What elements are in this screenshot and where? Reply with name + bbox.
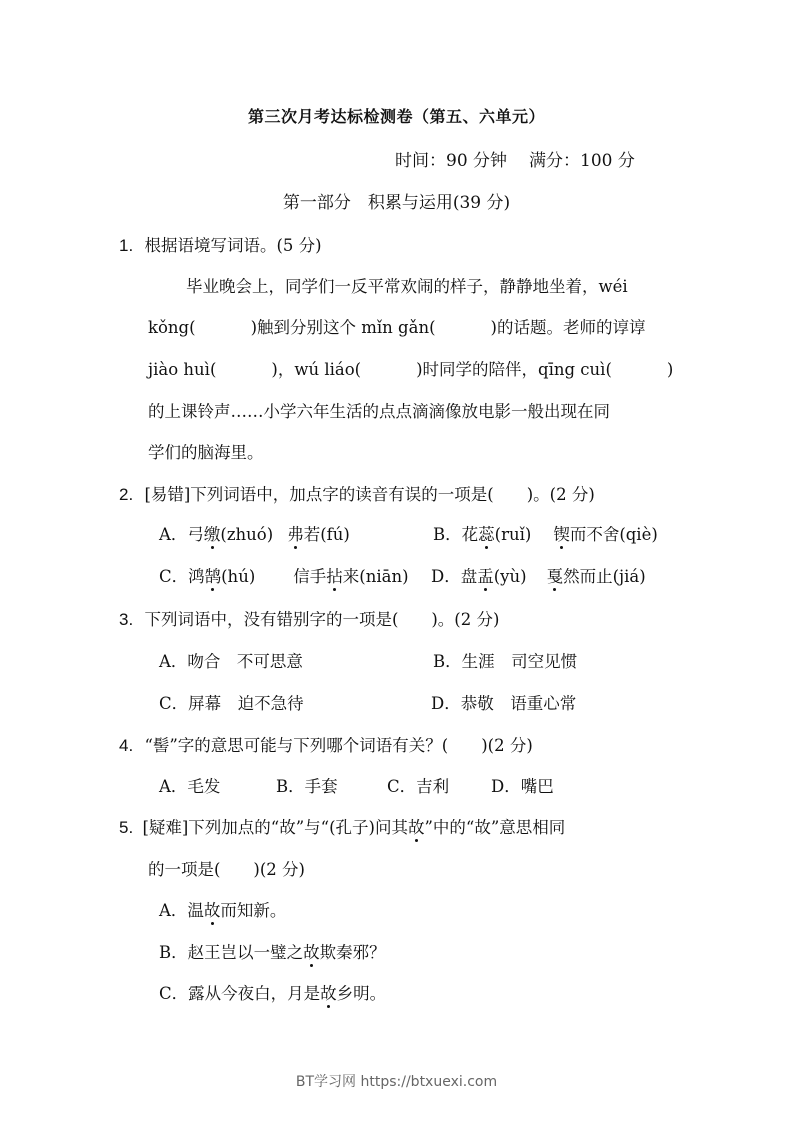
exam-title: 第三次月考达标检测卷（第五、六单元）: [0, 104, 793, 127]
question-2-stem: 2. [易错]下列词语中，加点字的读音有误的一项是( )。(2 分): [119, 481, 595, 505]
question-4-option-d[interactable]: D．嘴巴: [491, 773, 554, 797]
question-text: ”中的“故”意思相同: [425, 818, 566, 837]
emphasis-char: 故: [204, 901, 221, 920]
pinyin-jiaohui: jiào huì(: [148, 360, 216, 379]
option-label: D．: [431, 567, 461, 586]
option-text: 来(niān): [343, 567, 409, 586]
question-4-stem: 4. “髻”字的意思可能与下列哪个词语有关？( )(2 分): [119, 732, 533, 756]
option-text: 屏幕 迫不急待: [188, 694, 304, 713]
option-label: A．: [159, 901, 187, 920]
option-text: 赵王岂以一璧之: [188, 943, 304, 962]
question-4-option-b[interactable]: B．手套: [276, 773, 387, 797]
question-text: [疑难]下列加点的“故”与“(孔子)问其: [142, 818, 408, 837]
option-text: 生涯 司空见惯: [462, 652, 578, 671]
question-number: 1.: [119, 236, 133, 255]
exam-time: 时间：90 分钟: [395, 151, 507, 171]
option-text: 然而止(jiá): [563, 567, 646, 586]
option-label: B．: [433, 652, 462, 671]
question-5-stem-line-2: 的一项是( )(2 分): [148, 856, 305, 880]
question-5-stem: 5. [疑难]下列加点的“故”与“(孔子)问其故”中的“故”意思相同: [119, 814, 565, 838]
question-5-option-c[interactable]: C．露从今夜白，月是故乡明。: [159, 980, 386, 1004]
option-label: B．: [433, 525, 462, 544]
question-text: 根据语境写词语。(5 分): [144, 236, 321, 255]
passage-line-5: 学们的脑海里。: [148, 439, 264, 463]
option-text: 露从今夜白，月是: [188, 984, 320, 1003]
question-4-option-a[interactable]: A．毛发: [159, 773, 276, 797]
emphasis-char: 故: [303, 943, 320, 962]
option-label: A．: [159, 652, 187, 671]
option-text: 若(fú): [304, 525, 350, 544]
emphasis-char: 锲: [553, 525, 570, 544]
option-text: (hú): [221, 567, 255, 586]
passage-text: ): [667, 360, 673, 379]
option-label: B．: [159, 943, 188, 962]
option-text: 而知新。: [220, 901, 286, 920]
option-text: 温: [187, 901, 204, 920]
question-3-option-b[interactable]: B．生涯 司空见惯: [433, 648, 577, 672]
option-text: 恭敬 语重心常: [461, 694, 577, 713]
option-label: C．: [159, 567, 188, 586]
watermark-footer: BT学习网 https://btxuexi.com: [0, 1071, 793, 1091]
option-label: C．: [159, 694, 188, 713]
question-3-option-a[interactable]: A．吻合 不可思意: [159, 648, 303, 672]
option-label: D．: [491, 777, 521, 796]
option-text: 手套: [305, 777, 338, 796]
question-5-option-a[interactable]: A．温故而知新。: [159, 897, 286, 921]
question-number: 5.: [119, 818, 133, 837]
passage-text: )触到分别这个 mǐn gǎn(: [251, 318, 436, 337]
pinyin-weikong: kǒng(: [148, 318, 196, 337]
option-text: 吉利: [416, 777, 449, 796]
question-number: 4.: [119, 736, 133, 755]
emphasis-char: 故: [408, 818, 425, 837]
emphasis-char: 故: [320, 984, 337, 1003]
question-4-option-c[interactable]: C．吉利: [387, 773, 491, 797]
pinyin-wuliao: )，wú liáo(: [271, 360, 361, 379]
passage-text: )的话题。老师的谆谆: [491, 318, 646, 337]
emphasis-char: 蕊: [478, 525, 495, 544]
emphasis-char: 鹄: [205, 567, 222, 586]
emphasis-char: 盂: [477, 567, 494, 586]
question-text: [易错]下列词语中，加点字的读音有误的一项是( )。(2 分): [144, 485, 594, 504]
section-title: 第一部分 积累与运用(39 分): [0, 188, 793, 213]
question-4-options: A．毛发B．手套C．吉利D．嘴巴: [159, 773, 554, 797]
question-1-stem: 1. 根据语境写词语。(5 分): [119, 232, 322, 256]
option-text: (yù): [494, 567, 527, 586]
option-label: C．: [387, 777, 416, 796]
option-text: 盘: [461, 567, 478, 586]
question-5-option-b[interactable]: B．赵王岂以一璧之故欺秦邪？: [159, 939, 386, 963]
exam-meta: 时间：90 分钟满分：100 分: [395, 146, 635, 171]
passage-line-3: jiào huì()，wú liáo()时同学的陪伴，qīng cuì(): [148, 356, 673, 380]
option-text: 毛发: [187, 777, 220, 796]
option-text: 鸿: [188, 567, 205, 586]
option-label: A．: [159, 525, 187, 544]
passage-line-4: 的上课铃声……小学六年生活的点点滴滴像放电影一般出现在同: [148, 398, 610, 422]
option-text: 嘴巴: [521, 777, 554, 796]
option-text: 乡明。: [337, 984, 387, 1003]
question-number: 3.: [119, 610, 133, 629]
pinyin-qingcui: )时同学的陪伴，qīng cuì(: [416, 360, 612, 379]
option-text: (zhuó): [220, 525, 273, 544]
question-2-option-c[interactable]: C．鸿鹄(hú)信手拈来(niān): [159, 563, 409, 587]
option-text: 欺秦邪？: [320, 943, 386, 962]
option-label: B．: [276, 777, 305, 796]
option-label: D．: [431, 694, 461, 713]
question-3-option-d[interactable]: D．恭敬 语重心常: [431, 690, 576, 714]
passage-line-1: 毕业晚会上，同学们一反平常欢闹的样子，静静地坐着，wéi: [186, 273, 628, 297]
option-label: C．: [159, 984, 188, 1003]
question-3-option-c[interactable]: C．屏幕 迫不急待: [159, 690, 304, 714]
option-text: 而不舍(qiè): [570, 525, 658, 544]
option-text: 弓: [187, 525, 204, 544]
exam-full-score: 满分：100 分: [529, 151, 635, 171]
option-text: 信手: [293, 567, 326, 586]
option-text: 吻合 不可思意: [187, 652, 303, 671]
question-2-option-a[interactable]: A．弓缴(zhuó)弗若(fú): [159, 521, 350, 545]
emphasis-char: 拈: [326, 567, 343, 586]
emphasis-char: 弗: [287, 525, 304, 544]
emphasis-char: 戛: [547, 567, 564, 586]
option-label: A．: [159, 777, 187, 796]
question-number: 2.: [119, 485, 133, 504]
question-text: 下列词语中，没有错别字的一项是( )。(2 分): [144, 610, 499, 629]
option-text: 花: [462, 525, 479, 544]
question-2-option-b[interactable]: B．花蕊(ruǐ)锲而不舍(qiè): [433, 521, 658, 545]
option-text: (ruǐ): [495, 525, 532, 544]
question-text: “髻”字的意思可能与下列哪个词语有关？( )(2 分): [144, 736, 532, 755]
question-2-option-d[interactable]: D．盘盂(yù)戛然而止(jiá): [431, 563, 646, 587]
question-3-stem: 3. 下列词语中，没有错别字的一项是( )。(2 分): [119, 606, 499, 630]
passage-line-2: kǒng()触到分别这个 mǐn gǎn()的话题。老师的谆谆: [148, 314, 645, 338]
emphasis-char: 缴: [204, 525, 221, 544]
